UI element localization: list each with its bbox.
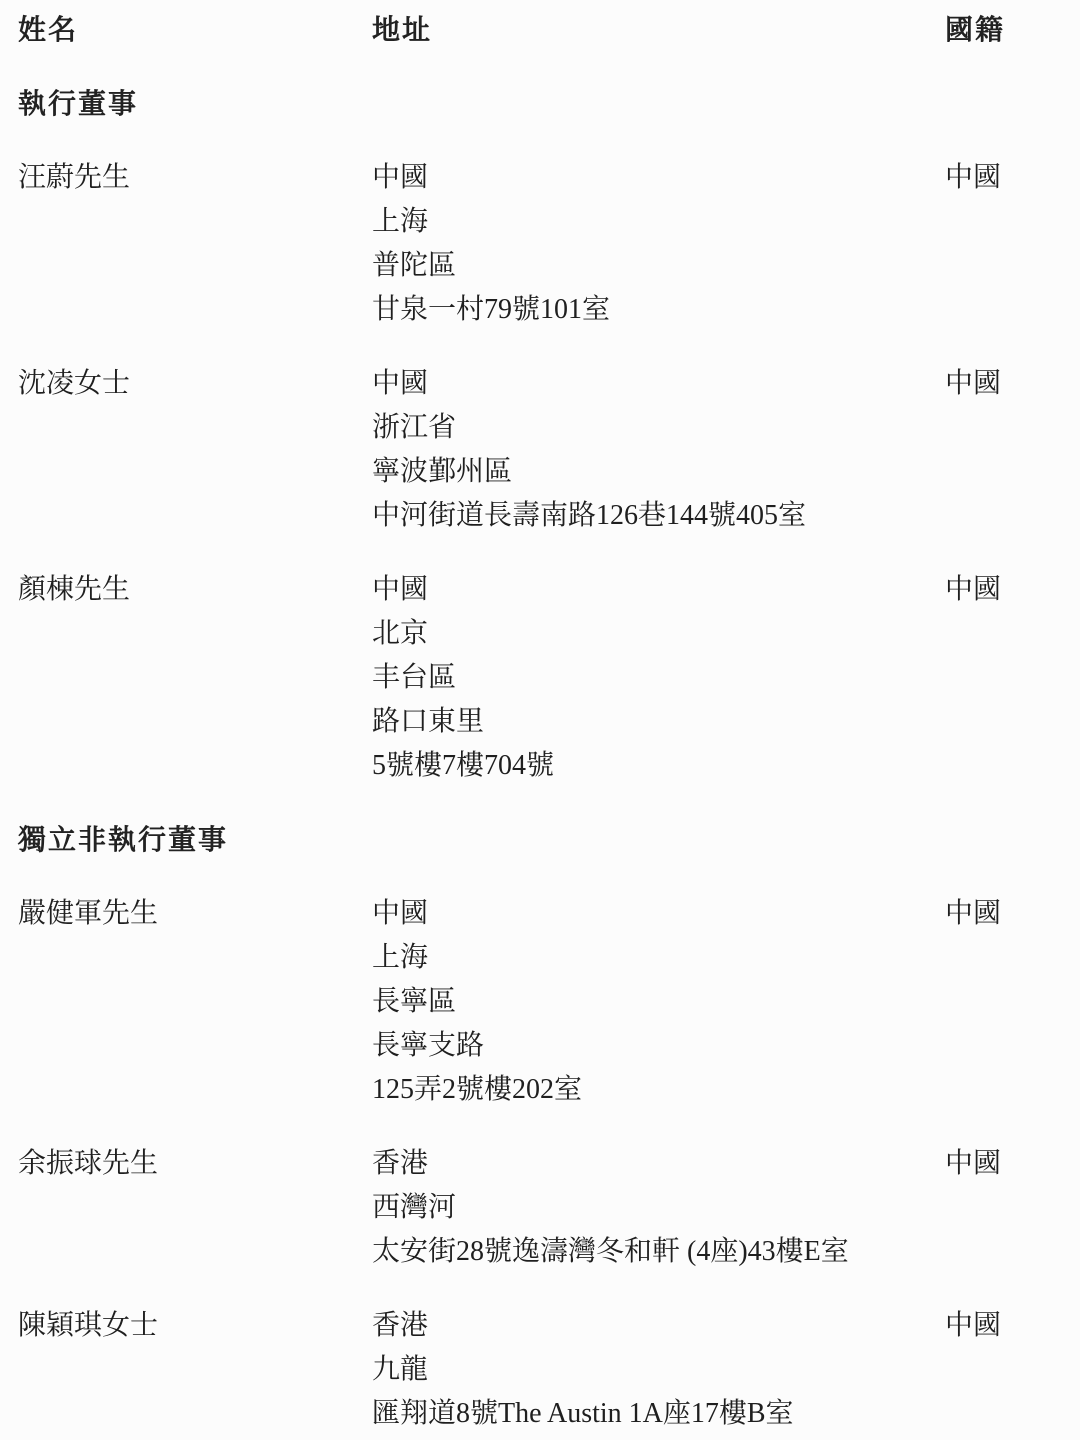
- address-line: 普陀區: [372, 244, 945, 288]
- director-address: 中國浙江省寧波鄞州區中河街道長壽南路126巷144號405室: [372, 362, 945, 538]
- section-heading: 獨立非執行董事: [18, 818, 1060, 862]
- address-line: 太安街28號逸濤灣冬和軒 (4座)43樓E室: [372, 1230, 945, 1274]
- director-nationality: 中國: [945, 892, 1060, 936]
- address-line: 浙江省: [372, 406, 945, 450]
- address-line: 甘泉一村79號101室: [372, 288, 945, 332]
- director-name: 汪蔚先生: [18, 156, 372, 200]
- address-line: 路口東里: [372, 700, 945, 744]
- director-nationality: 中國: [945, 1304, 1060, 1348]
- address-line: 長寧支路: [372, 1024, 945, 1068]
- address-line: 中國: [372, 156, 945, 200]
- directors-list: 執行董事汪蔚先生中國上海普陀區甘泉一村79號101室中國沈凌女士中國浙江省寧波鄞…: [18, 82, 1060, 1436]
- director-nationality: 中國: [945, 156, 1060, 200]
- address-line: 香港: [372, 1142, 945, 1186]
- address-line: 長寧區: [372, 980, 945, 1024]
- director-name: 嚴健軍先生: [18, 892, 372, 936]
- director-name: 余振球先生: [18, 1142, 372, 1186]
- director-address: 香港西灣河太安街28號逸濤灣冬和軒 (4座)43樓E室: [372, 1142, 945, 1274]
- address-line: 中河街道長壽南路126巷144號405室: [372, 494, 945, 538]
- address-line: 西灣河: [372, 1186, 945, 1230]
- address-line: 125弄2號樓202室: [372, 1068, 945, 1112]
- address-line: 匯翔道8號The Austin 1A座17樓B室: [372, 1392, 945, 1436]
- director-address: 中國北京丰台區路口東里5號樓7樓704號: [372, 568, 945, 788]
- director-row: 沈凌女士中國浙江省寧波鄞州區中河街道長壽南路126巷144號405室中國: [18, 362, 1060, 538]
- director-name: 陳穎琪女士: [18, 1304, 372, 1348]
- section-heading: 執行董事: [18, 82, 1060, 126]
- address-line: 5號樓7樓704號: [372, 744, 945, 788]
- director-name: 顏棟先生: [18, 568, 372, 612]
- address-line: 香港: [372, 1304, 945, 1348]
- column-header-address: 地址: [372, 8, 945, 52]
- director-row: 陳穎琪女士香港九龍匯翔道8號The Austin 1A座17樓B室中國: [18, 1304, 1060, 1436]
- column-header-nationality: 國籍: [945, 8, 1060, 52]
- director-address: 中國上海普陀區甘泉一村79號101室: [372, 156, 945, 332]
- director-nationality: 中國: [945, 1142, 1060, 1186]
- address-line: 北京: [372, 612, 945, 656]
- table-header-row: 姓名 地址 國籍: [18, 8, 1060, 52]
- director-address: 中國上海長寧區長寧支路125弄2號樓202室: [372, 892, 945, 1112]
- director-row: 余振球先生香港西灣河太安街28號逸濤灣冬和軒 (4座)43樓E室中國: [18, 1142, 1060, 1274]
- director-row: 嚴健軍先生中國上海長寧區長寧支路125弄2號樓202室中國: [18, 892, 1060, 1112]
- director-nationality: 中國: [945, 568, 1060, 612]
- address-line: 中國: [372, 362, 945, 406]
- address-line: 中國: [372, 892, 945, 936]
- address-line: 丰台區: [372, 656, 945, 700]
- address-line: 寧波鄞州區: [372, 450, 945, 494]
- address-line: 上海: [372, 936, 945, 980]
- director-nationality: 中國: [945, 362, 1060, 406]
- director-row: 汪蔚先生中國上海普陀區甘泉一村79號101室中國: [18, 156, 1060, 332]
- address-line: 九龍: [372, 1348, 945, 1392]
- column-header-name: 姓名: [18, 8, 372, 52]
- address-line: 中國: [372, 568, 945, 612]
- director-row: 顏棟先生中國北京丰台區路口東里5號樓7樓704號中國: [18, 568, 1060, 788]
- address-line: 上海: [372, 200, 945, 244]
- document-page: 姓名 地址 國籍 執行董事汪蔚先生中國上海普陀區甘泉一村79號101室中國沈凌女…: [0, 0, 1080, 1440]
- director-address: 香港九龍匯翔道8號The Austin 1A座17樓B室: [372, 1304, 945, 1436]
- director-name: 沈凌女士: [18, 362, 372, 406]
